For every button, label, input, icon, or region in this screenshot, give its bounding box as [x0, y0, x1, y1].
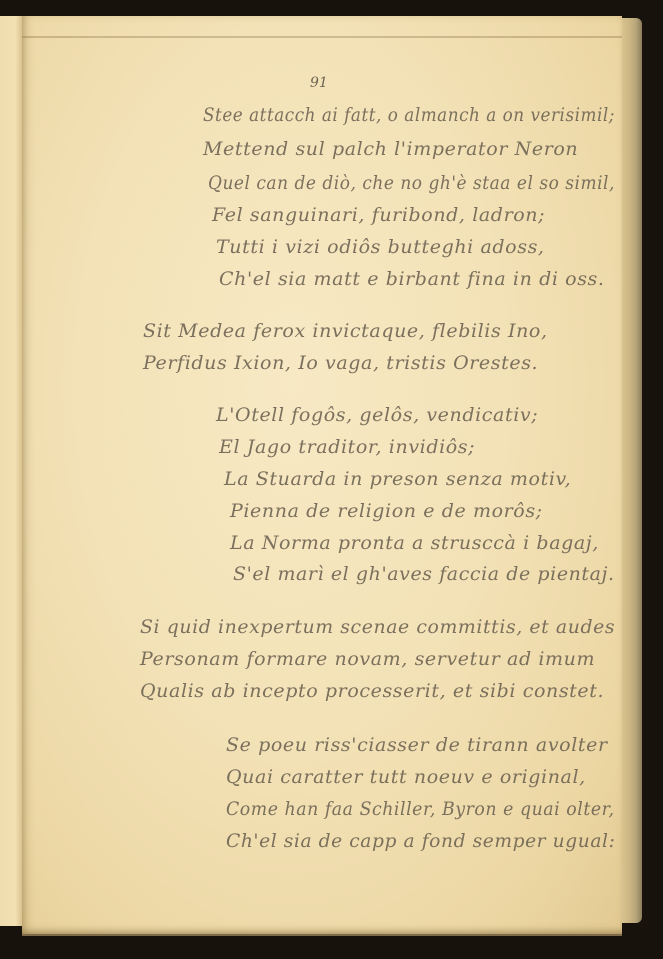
page-top-crease [22, 36, 622, 38]
verse-line: El Jago traditor, invidiôs; [219, 436, 475, 458]
latin-quote-line: Si quid inexpertum scenae committis, et … [140, 616, 615, 638]
verse-line: Fel sanguinari, furibond, ladron; [212, 204, 545, 226]
verse-line: L'Otell fogôs, gelôs, vendicativ; [216, 404, 538, 426]
verse-line: La Stuarda in preson senza motiv, [224, 468, 571, 490]
latin-quote-line: Sit Medea ferox invictaque, flebilis Ino… [143, 320, 548, 342]
latin-quote-line: Personam formare novam, servetur ad imum [140, 648, 595, 670]
verse-line: La Norma pronta a strusccà i bagaj, [230, 532, 599, 554]
verse-line: Ch'el sia matt e birbant fina in di oss. [219, 268, 605, 290]
page-stack-edge [622, 18, 642, 923]
verse-line: Tutti i vizi odiôs butteghi adoss, [216, 236, 545, 258]
latin-quote-line: Perfidus Ixion, Io vaga, tristis Orestes… [143, 352, 538, 374]
verse-line: Ch'el sia de capp a fond semper ugual: [226, 830, 615, 852]
latin-quote-line: Qualis ab incepto processerit, et sibi c… [140, 680, 604, 702]
verse-line: Pienna de religion e de morôs; [230, 500, 543, 522]
verse-line: Quai caratter tutt noeuv e original, [226, 766, 586, 788]
verse-line: Mettend sul palch l'imperator Neron [203, 138, 578, 160]
scan-background: 91 Stee attacch ai fatt, o almanch a on … [0, 0, 663, 959]
verse-line: S'el marì el gh'aves faccia de pientaj. [233, 563, 615, 585]
verse-line: Se poeu riss'ciasser de tirann avolter [226, 734, 608, 756]
verse-line: Come han faa Schiller, Byron e quai olte… [226, 798, 615, 820]
verse-line: Stee attacch ai fatt, o almanch a on ver… [203, 104, 615, 126]
verse-line: Quel can de diò, che no gh'è staa el so … [208, 172, 615, 194]
page-number: 91 [310, 75, 328, 91]
facing-page-edge [0, 16, 23, 926]
